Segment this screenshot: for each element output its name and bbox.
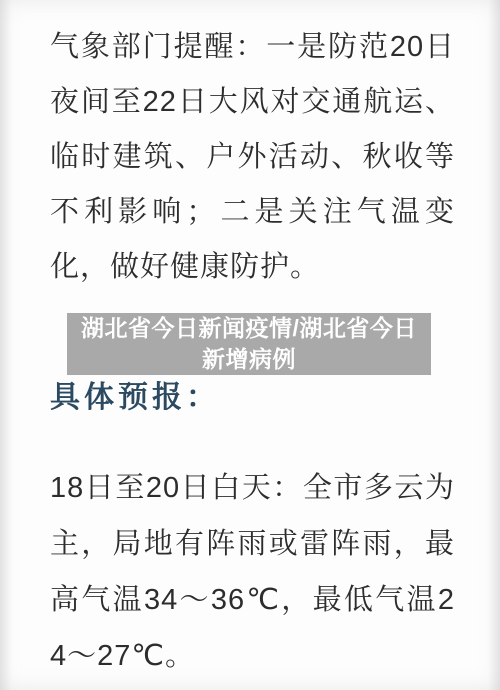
overlay-title-text: 湖北省今日新闻疫情/湖北省今日新增病例 — [67, 313, 431, 375]
left-edge-shading — [0, 0, 12, 690]
article-page: 气象部门提醒：一是防范20日夜间至22日大风对交通航运、临时建筑、户外活动、秋收… — [0, 0, 500, 690]
weather-warning-paragraph: 气象部门提醒：一是防范20日夜间至22日大风对交通航运、临时建筑、户外活动、秋收… — [50, 20, 455, 295]
right-edge-shading — [488, 0, 500, 690]
forecast-paragraph: 18日至20日白天：全市多云为主，局地有阵雨或雷阵雨，最高气温34～36℃，最低… — [50, 460, 455, 684]
section-heading: 具体预报： — [50, 372, 220, 416]
overlay-title-link[interactable]: 湖北省今日新闻疫情/湖北省今日新增病例 — [67, 313, 431, 375]
